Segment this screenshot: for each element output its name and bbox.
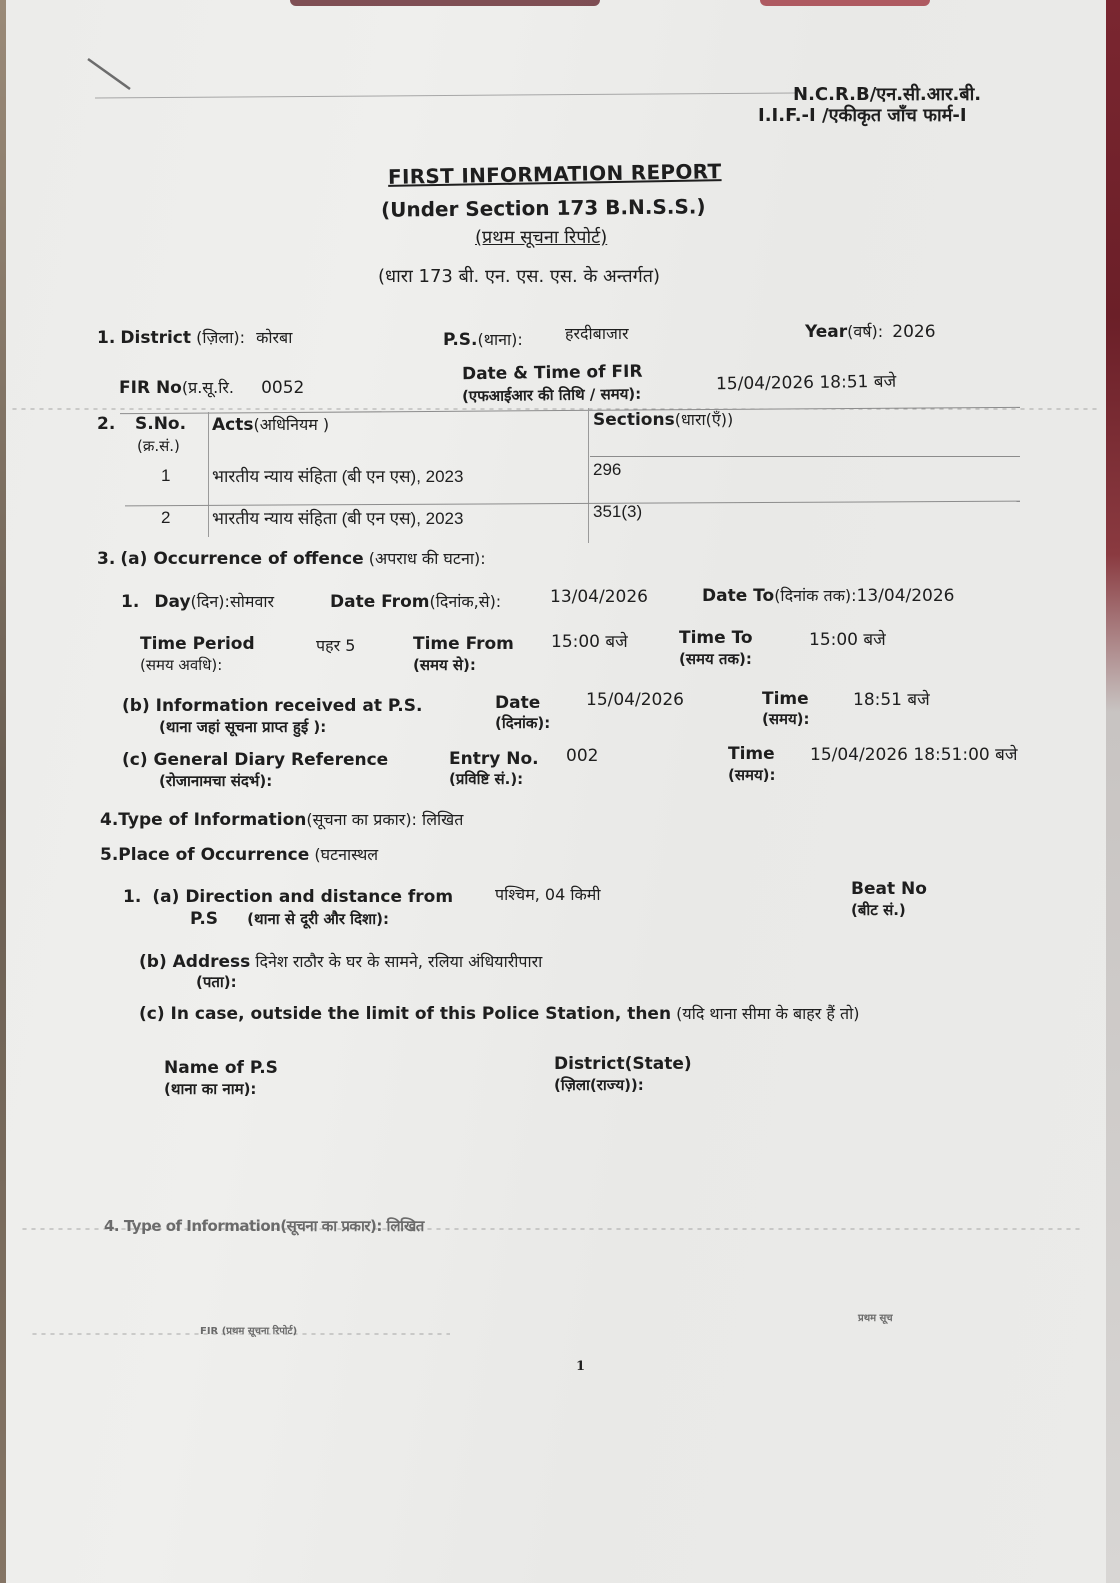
time-period-label-hi: (समय अवधि): [140,656,222,674]
under-section-hi: (धारा 173 बी. एन. एस. एस. के अन्तर्गत) [378,264,660,288]
address-row: (b) Address दिनेश राठौर के घर के सामने, … [139,950,542,972]
date-to-value: 13/04/2026 [857,586,955,606]
district-row: 1. District (ज़िला): कोरबा [97,326,292,348]
ps-row: P.S.(थाना): [443,328,523,350]
time-to-label-hi: (समय तक): [679,650,752,668]
col-acts: Acts(अधिनियम ) [212,413,329,435]
info-received-label: (b) Information received at P.S. [122,696,422,716]
section2-num: 2. [97,414,115,434]
time-from-label-hi: (समय से): [413,656,476,674]
date-from-value: 13/04/2026 [550,587,648,607]
entry-no-label: Entry No. [449,749,539,769]
pen-mark-icon [85,55,135,95]
beat-no-label: Beat No [851,879,927,899]
gd-reference-label-hi: (रोजानामचा संदर्भ): [159,772,272,790]
district-value: कोरबा [256,328,292,347]
col-sections: Sections(धारा(एँ)) [593,408,733,430]
direction-distance-row: 1. (a) Direction and distance from [123,887,453,907]
gd-reference-label: (c) General Diary Reference [122,750,388,770]
gd-time-label: Time [728,744,775,764]
other-ps-name-label-hi: (थाना का नाम): [164,1080,256,1098]
table-row-rule [590,456,1020,457]
day-row: 1. Day(दिन):सोमवार [121,590,274,612]
row2-section: 351(3) [593,502,642,522]
table-col-divider [588,408,589,543]
info-time-label-hi: (समय): [762,710,810,728]
fir-datetime-label-hi: (एफआईआर की तिथि / समय): [462,385,641,406]
date-from-label: Date From(दिनांक,से): [330,590,501,612]
occurrence-heading: 3. (a) Occurrence of offence (अपराध की घ… [97,547,486,569]
table-col-divider [208,412,209,537]
col-sno-hi: (क्र.सं.) [137,437,180,455]
row1-sno: 1 [161,466,170,486]
entry-no-label-hi: (प्रविष्टि सं.): [449,770,523,788]
row1-section: 296 [593,460,621,480]
title-hindi: (प्रथम सूचना रिपोर्ट) [475,225,607,249]
fir-no-value: 0052 [261,378,304,398]
row2-act: भारतीय न्याय संहिता (बी एन एस), 2023 [212,506,463,529]
beat-no-label-hi: (बीट सं.) [851,901,906,919]
row2-sno: 2 [161,508,170,528]
top-ink-mark [760,0,930,6]
bleed-through-text: 4. Type of Information(सूचना का प्रकार):… [104,1216,424,1236]
info-date-label: Date [495,693,540,713]
info-received-label-hi: (थाना जहां सूचना प्राप्त हुई ): [159,718,326,736]
info-date-label-hi: (दिनांक): [495,714,550,732]
date-to-row: Date To(दिनांक तक):13/04/2026 [702,584,955,606]
gd-time-value: 15/04/2026 18:51:00 बजे [810,742,1017,765]
page-number: 1 [576,1359,585,1374]
time-period-label: Time Period [140,634,255,654]
other-ps-name-label: Name of P.S [164,1058,278,1078]
outside-limit-row: (c) In case, outside the limit of this P… [139,1002,860,1024]
type-of-information-value: लिखित [422,810,463,829]
fir-no-row: FIR No(प्र.सू.रि. 0052 [119,376,304,398]
ps-value: हरदीबाजार [565,322,629,344]
time-period-value: पहर 5 [316,634,355,656]
direction-distance-label-2: P.S (थाना से दूरी और दिशा): [190,909,389,929]
info-time-label: Time [762,689,809,709]
time-to-value: 15:00 बजे [809,627,886,650]
other-district-state-label: District(State) [554,1054,692,1074]
entry-no-value: 002 [566,746,598,766]
place-of-occurrence-heading: 5.Place of Occurrence (घटनास्थल [100,843,378,865]
bleed-through-text: FIR (प्रथम सूचना रिपोर्ट) [200,1323,297,1337]
iif-label: I.I.F.-I /एकीकृत जाँच फार्म-I [758,103,967,127]
col-sno: S.No. [135,414,186,434]
row1-act: भारतीय न्याय संहिता (बी एन एस), 2023 [212,464,463,487]
paper-right-edge [1106,0,1120,1583]
gd-time-label-hi: (समय): [728,766,776,784]
info-date-value: 15/04/2026 [586,690,684,710]
direction-distance-value: पश्चिम, 04 किमी [495,883,601,905]
address-value: दिनेश राठौर के घर के सामने, रलिया अंधिया… [255,952,542,971]
fir-datetime-label: Date & Time of FIR [462,362,643,385]
bleed-through-text: प्रथम सूच [858,1310,893,1324]
time-from-label: Time From [413,634,514,654]
type-of-information-row: 4.Type of Information(सूचना का प्रकार): … [100,808,463,830]
under-section-en: (Under Section 173 B.N.S.S.) [381,194,706,221]
year-value: 2026 [892,322,935,342]
top-ink-mark [290,0,600,6]
address-label-hi: (पता): [196,973,237,991]
day-value: सोमवार [230,592,274,611]
fir-datetime-value: 15/04/2026 18:51 बजे [716,369,896,395]
time-from-value: 15:00 बजे [551,629,628,652]
info-time-value: 18:51 बजे [853,687,930,710]
time-to-label: Time To [679,628,753,648]
year-row: Year(वर्ष): 2026 [805,320,936,342]
other-district-state-label-hi: (ज़िला(राज्य)): [554,1076,644,1094]
